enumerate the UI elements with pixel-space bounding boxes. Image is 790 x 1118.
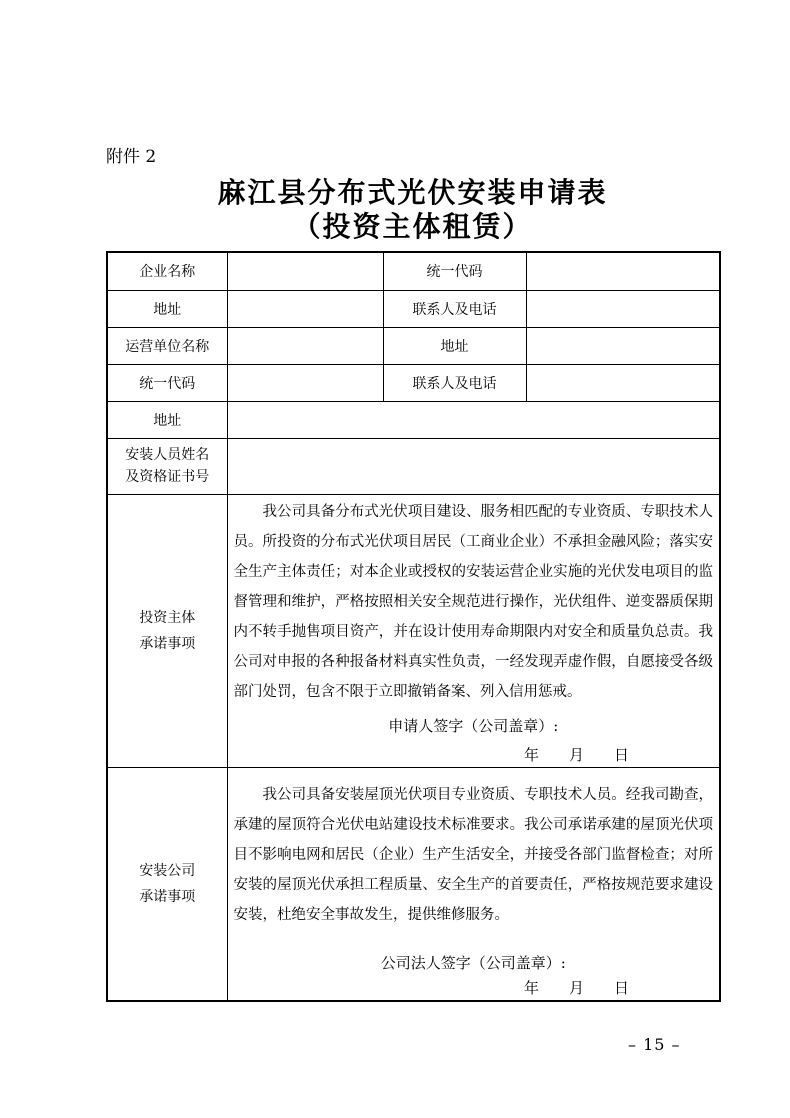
investor-commitment-paragraph: 我公司具备分布式光伏项目建设、服务相匹配的专业资质、专职技术人员。所投资的分布式… <box>234 497 714 707</box>
operator-name-value <box>227 327 383 364</box>
investor-commitment-label: 投资主体 承诺事项 <box>107 494 227 767</box>
project-address-value <box>227 401 720 438</box>
address-label: 地址 <box>107 290 227 327</box>
contact-phone-label: 联系人及电话 <box>383 290 526 327</box>
page-subtitle: （投资主体租赁） <box>106 210 719 244</box>
address-value <box>227 290 383 327</box>
table-row: 地址 <box>107 401 720 438</box>
operator-unified-code-label: 统一代码 <box>107 364 227 401</box>
installer-commitment-label: 安装公司 承诺事项 <box>107 767 227 1001</box>
installer-commitment-paragraph: 我公司具备安装屋顶光伏项目专业资质、专职技术人员。经我司勘查，承建的屋顶符合光伏… <box>234 780 714 930</box>
table-row: 安装公司 承诺事项 我公司具备安装屋顶光伏项目专业资质、专职技术人员。经我司勘查… <box>107 767 720 1001</box>
table-row: 安装人员姓名 及资格证书号 <box>107 438 720 494</box>
legal-person-signature-label: 公司法人签字（公司盖章）: <box>234 952 714 973</box>
operator-unified-code-value <box>227 364 383 401</box>
applicant-signature-label: 申请人签字（公司盖章）: <box>234 715 714 736</box>
investor-date-line: 年 月 日 <box>234 744 714 765</box>
operator-contact-phone-label: 联系人及电话 <box>383 364 526 401</box>
enterprise-name-label: 企业名称 <box>107 252 227 290</box>
table-row: 企业名称 统一代码 <box>107 252 720 290</box>
investor-commitment-cell: 我公司具备分布式光伏项目建设、服务相匹配的专业资质、专职技术人员。所投资的分布式… <box>227 494 720 767</box>
document-page: 附件 2 麻江县分布式光伏安装申请表 （投资主体租赁） 企业名称 统一代码 地址 <box>0 0 790 1118</box>
page-title: 麻江县分布式光伏安装申请表 <box>106 176 719 210</box>
attachment-label: 附件 2 <box>106 146 719 168</box>
installer-commitment-cell: 我公司具备安装屋顶光伏项目专业资质、专职技术人员。经我司勘查，承建的屋顶符合光伏… <box>227 767 720 1001</box>
document-content: 附件 2 麻江县分布式光伏安装申请表 （投资主体租赁） 企业名称 统一代码 地址 <box>106 146 719 1002</box>
operator-contact-phone-value <box>526 364 720 401</box>
installer-cert-label: 安装人员姓名 及资格证书号 <box>107 438 227 494</box>
contact-phone-value <box>526 290 720 327</box>
table-row: 运营单位名称 地址 <box>107 327 720 364</box>
installer-date-line: 年 月 日 <box>234 977 714 998</box>
table-row: 地址 联系人及电话 <box>107 290 720 327</box>
unified-code-value <box>526 252 720 290</box>
enterprise-name-value <box>227 252 383 290</box>
operator-name-label: 运营单位名称 <box>107 327 227 364</box>
table-row: 投资主体 承诺事项 我公司具备分布式光伏项目建设、服务相匹配的专业资质、专职技术… <box>107 494 720 767</box>
operator-address-label: 地址 <box>383 327 526 364</box>
project-address-label: 地址 <box>107 401 227 438</box>
page-number: – 15 – <box>628 1035 681 1054</box>
unified-code-label: 统一代码 <box>383 252 526 290</box>
installer-cert-value <box>227 438 720 494</box>
application-form-table: 企业名称 统一代码 地址 联系人及电话 运营单位名称 地址 <box>106 251 721 1002</box>
table-row: 统一代码 联系人及电话 <box>107 364 720 401</box>
operator-address-value <box>526 327 720 364</box>
